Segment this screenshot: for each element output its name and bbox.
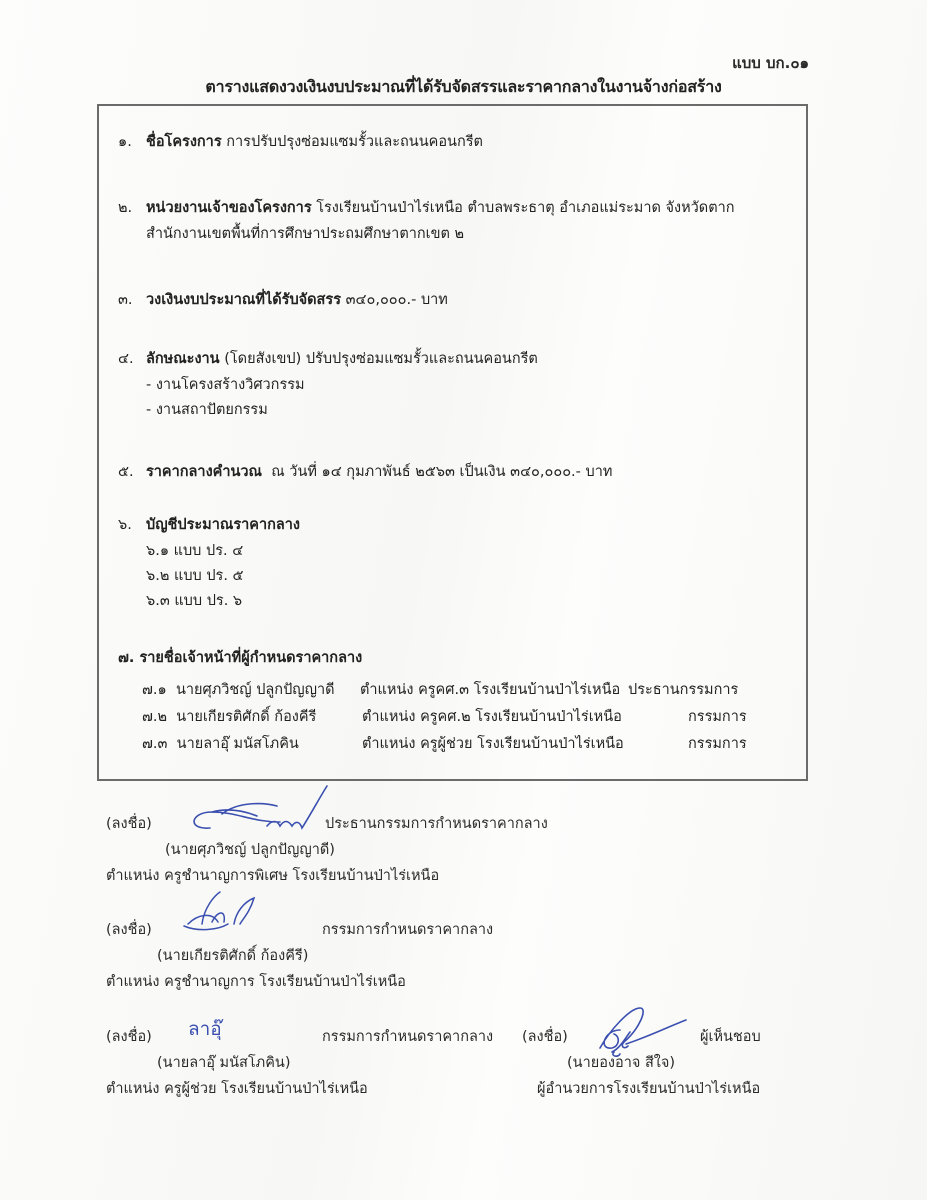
signer-role: กรรมการกำหนดราคากลาง [322, 918, 493, 941]
value: (โดยสังเขป) ปรับปรุงซ่อมแซมรั้วและถนนคอน… [224, 351, 538, 367]
signer-role: ผู้เห็นชอบ [700, 1025, 761, 1048]
value: ๓๔๐,๐๐๐.- บาท [346, 292, 448, 308]
section-officers: ๗. รายชื่อเจ้าหน้าที่ผู้กำหนดราคากลาง [118, 646, 362, 670]
section-median-price: ๕.ราคากลางคำนวณ ณ วันที่ ๑๔ กุมภาพันธ์ ๒… [118, 460, 612, 484]
officer-role: กรรมการ [688, 732, 747, 755]
project-owner-line2: สำนักงานเขตพื้นที่การศึกษาประถมศึกษาตากเ… [146, 222, 464, 246]
officer-name: นายลาอุ๊ มนัสโภคิน [177, 736, 299, 752]
section-budget: ๓.วงเงินงบประมาณที่ได้รับจัดสรร ๓๔๐,๐๐๐.… [118, 288, 448, 312]
signer-position: ตำแหน่ง ครูผู้ช่วย โรงเรียนบ้านป่าไร่เหน… [106, 1077, 368, 1100]
value: โรงเรียนบ้านป่าไร่เหนือ ตำบลพระธาตุ อำเภ… [316, 200, 734, 216]
officer-position: ตำแหน่ง ครูคศ.๒ โรงเรียนบ้านป่าไร่เหนือ [362, 705, 622, 728]
officer-position: ตำแหน่ง ครูคศ.๓ โรงเรียนบ้านป่าไร่เหนือ [360, 678, 620, 701]
estimate-form-item: ๖.๒ แบบ ปร. ๕ [146, 564, 244, 588]
value: ณ วันที่ ๑๔ กุมภาพันธ์ ๒๕๖๓ เป็นเงิน ๓๔๐… [271, 464, 612, 480]
label: ๗. รายชื่อเจ้าหน้าที่ผู้กำหนดราคากลาง [118, 650, 362, 666]
section-price-estimate-list: ๖.บัญชีประมาณราคากลาง [118, 513, 300, 537]
signature-chairman [182, 782, 332, 842]
section-project-owner: ๒.หน่วยงานเจ้าของโครงการ โรงเรียนบ้านป่า… [118, 196, 735, 220]
document-title: ตารางแสดงวงเงินงบประมาณที่ได้รับจัดสรรแล… [0, 75, 927, 100]
label: ราคากลางคำนวณ [146, 464, 262, 480]
work-type-item: - งานสถาปัตยกรรม [146, 398, 268, 422]
sign-label: (ลงชื่อ) [522, 1025, 568, 1048]
signer-position: ตำแหน่ง ครูชำนาญการ โรงเรียนบ้านป่าไร่เห… [106, 970, 406, 993]
signer-name: (นายองอาจ สีใจ) [567, 1051, 675, 1074]
signer-role: กรรมการกำหนดราคากลาง [322, 1025, 493, 1048]
officer-row: ๗.๑ นายศุภวิชญ์ ปลูกปัญญาดี [142, 678, 335, 701]
document-page: แบบ บก.๐๑ ตารางแสดงวงเงินงบประมาณที่ได้ร… [0, 0, 927, 1200]
signer-position: ตำแหน่ง ครูชำนาญการพิเศษ โรงเรียนบ้านป่า… [106, 864, 439, 887]
signer-name: (นายเกียรติศักดิ์ ก้องคีรี) [157, 944, 308, 967]
work-type-item: - งานโครงสร้างวิศวกรรม [146, 373, 305, 397]
label: ชื่อโครงการ [146, 134, 222, 150]
form-code: แบบ บก.๐๑ [732, 51, 809, 75]
label: บัญชีประมาณราคากลาง [146, 517, 300, 533]
section-project-name: ๑.ชื่อโครงการ การปรับปรุงซ่อมแซมรั้วและถ… [118, 130, 483, 154]
sign-label: (ลงชื่อ) [106, 812, 152, 835]
signature-committee-2: ลาอุ๊ [188, 1014, 222, 1044]
signer-position: ผู้อำนวยการโรงเรียนบ้านป่าไร่เหนือ [537, 1077, 760, 1100]
value: การปรับปรุงซ่อมแซมรั้วและถนนคอนกรีต [226, 134, 483, 150]
sign-label: (ลงชื่อ) [106, 918, 152, 941]
section-work-type: ๔.ลักษณะงาน (โดยสังเขป) ปรับปรุงซ่อมแซมร… [118, 347, 538, 371]
officer-name: นายเกียรติศักดิ์ ก้องคีรี [176, 709, 316, 725]
label: ลักษณะงาน [146, 351, 220, 367]
officer-role: ประธานกรรมการ [628, 678, 738, 701]
signer-name: (นายลาอุ๊ มนัสโภคิน) [157, 1051, 291, 1074]
officer-role: กรรมการ [688, 705, 747, 728]
officer-name: นายศุภวิชญ์ ปลูกปัญญาดี [176, 682, 335, 698]
sign-label: (ลงชื่อ) [106, 1025, 152, 1048]
label: วงเงินงบประมาณที่ได้รับจัดสรร [146, 292, 341, 308]
officer-row: ๗.๒ นายเกียรติศักดิ์ ก้องคีรี [142, 705, 316, 728]
estimate-form-item: ๖.๓ แบบ ปร. ๖ [146, 589, 242, 613]
officer-position: ตำแหน่ง ครูผู้ช่วย โรงเรียนบ้านป่าไร่เหน… [362, 732, 624, 755]
signer-role: ประธานกรรมการกำหนดราคากลาง [325, 812, 548, 835]
signature-committee-1 [178, 888, 268, 938]
label: หน่วยงานเจ้าของโครงการ [146, 200, 312, 216]
signer-name: (นายศุภวิชญ์ ปลูกปัญญาดี) [165, 838, 335, 861]
officer-row: ๗.๓ นายลาอุ๊ มนัสโภคิน [142, 732, 299, 755]
estimate-form-item: ๖.๑ แบบ ปร. ๔ [146, 539, 243, 563]
